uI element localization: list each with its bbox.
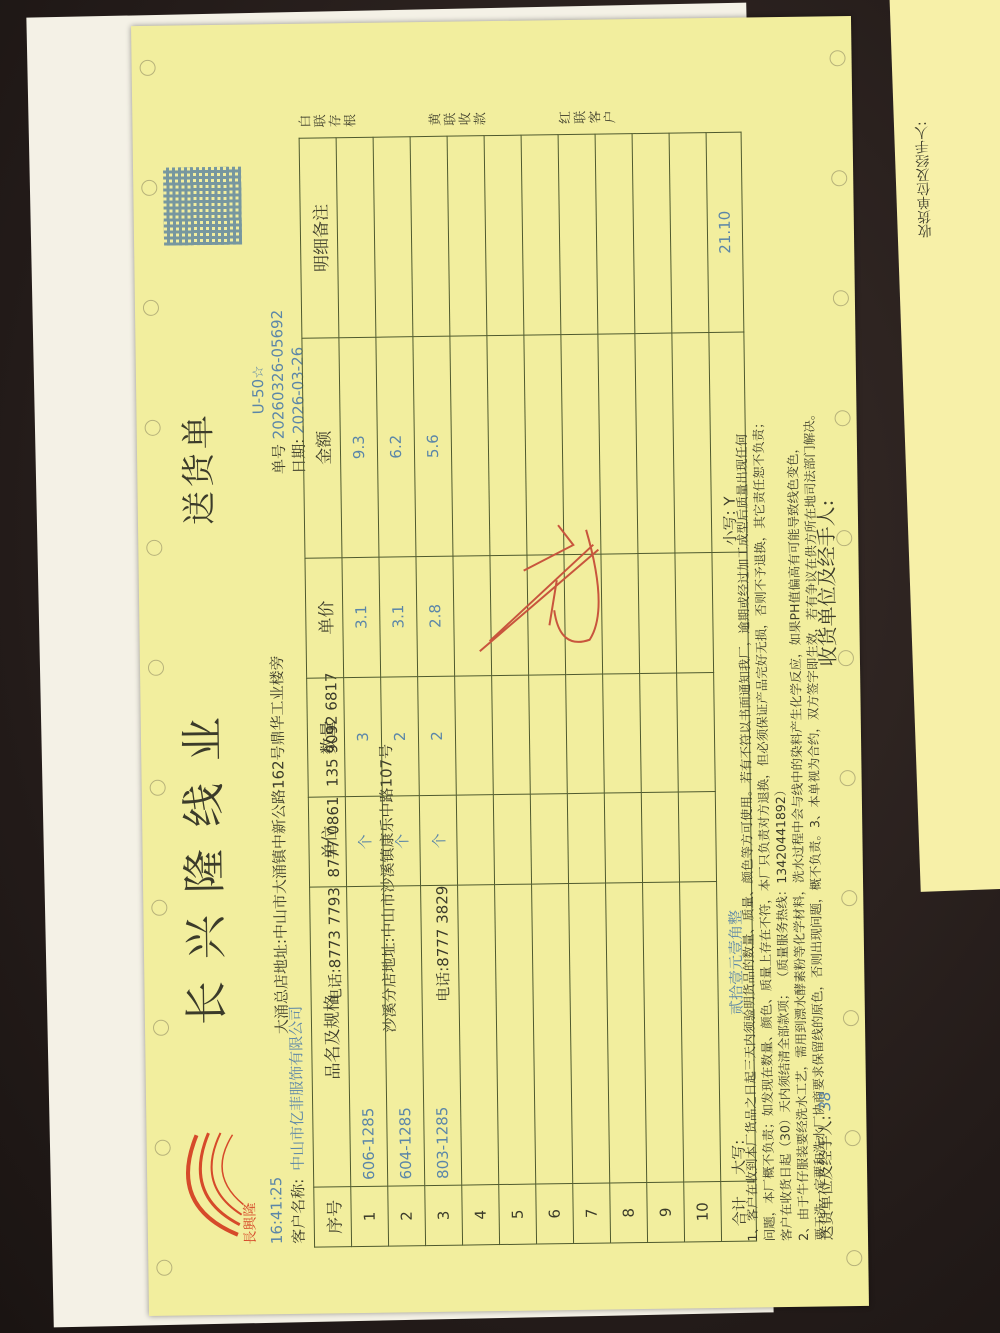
copy-yellow: 黄联收款 <box>428 103 488 126</box>
col-no: 序号 <box>314 1187 352 1247</box>
row-qty: 3 <box>344 677 383 797</box>
row-qty: 2 <box>418 676 457 796</box>
row-unit: 个 <box>419 796 457 886</box>
company-logo-icon <box>176 1125 248 1246</box>
row-amount: 5.6 <box>413 336 453 556</box>
row-note <box>373 137 413 337</box>
row-amount: 6.2 <box>376 337 416 557</box>
items-table: 序号 品名及规格 单位 数量 单价 金额 明细备注 1606-1285个33.1… <box>299 132 757 1248</box>
row-price: 3.1 <box>379 556 418 676</box>
row-no: 2 <box>388 1186 426 1246</box>
row-item: 606-1285 <box>347 887 388 1187</box>
brand-logo-text: 長興隆 <box>239 1202 260 1244</box>
qr-code-icon <box>163 167 242 246</box>
row-no: 9 <box>647 1182 685 1242</box>
row-no: 4 <box>462 1185 500 1245</box>
row-price: 2.8 <box>416 556 455 676</box>
row-no: 7 <box>573 1183 611 1243</box>
col-item: 品名及规格 <box>310 887 351 1187</box>
print-time: 16:41:25 <box>267 1177 286 1245</box>
row-unit: 个 <box>382 796 420 886</box>
col-qty: 数量 <box>307 677 346 797</box>
handwritten-signature <box>467 469 610 671</box>
order-no-label: 单号 <box>270 444 288 474</box>
customer-label: 客户名称: <box>289 1179 308 1244</box>
customer-name: 中山市亿菲服饰有限公司 <box>287 1006 307 1171</box>
company-name: 长兴隆线业 <box>166 695 235 1026</box>
row-no: 10 <box>684 1182 722 1242</box>
row-item: 604-1285 <box>384 886 425 1186</box>
terms-and-conditions: 1、客户在收到本厂货品之日起三天内须验明货品的数量、质量、颜色等方可使用。若有不… <box>728 121 829 1242</box>
delivery-note: 長興隆 长兴隆线业 送货单 大涌总店地址:中山市大涌镇中新公路162号鼎华工业楼… <box>131 16 869 1316</box>
form-code: U-50☆ <box>247 310 269 475</box>
row-qty: 2 <box>381 676 420 796</box>
copy-white: 白联存根 <box>298 105 358 128</box>
row-no: 3 <box>425 1185 463 1245</box>
order-no: 20260326-05692 <box>268 310 288 440</box>
copy-labels: 白联存根 黄联收款 红联客户 <box>298 100 688 127</box>
receiver-label: 收货单位及经手人: <box>810 500 841 667</box>
order-meta: U-50☆ 单号 20260326-05692 日期: 2026-03-26 <box>247 309 309 474</box>
row-no: 8 <box>610 1183 648 1243</box>
row-no: 5 <box>499 1184 537 1244</box>
row-amount: 9.3 <box>339 337 379 557</box>
row-note <box>336 137 376 337</box>
col-note: 明细备注 <box>299 138 339 338</box>
row-item: 803-1285 <box>421 885 462 1185</box>
row-note <box>410 136 450 336</box>
sender-handwriting: 38 <box>816 1091 834 1110</box>
col-amount: 金额 <box>302 338 342 558</box>
sender-label: 送货单位及经手人: <box>816 1115 836 1240</box>
row-no: 1 <box>351 1186 389 1246</box>
hq-address: 中山市大涌镇中新公路162号鼎华工业楼旁 <box>268 655 290 939</box>
row-no: 6 <box>536 1184 574 1244</box>
sender-signature-line: 送货单位及经手人: 38 <box>814 1091 837 1240</box>
col-unit: 单位 <box>308 797 346 887</box>
row-price: 3.1 <box>342 557 381 677</box>
document-type: 送货单 <box>170 411 221 526</box>
customer-line: 客户名称:中山市亿菲服饰有限公司 <box>285 1006 309 1244</box>
row-unit: 个 <box>345 797 383 887</box>
adjacent-receiver-label: 收货单位及经手人: <box>912 121 936 238</box>
col-price: 单价 <box>305 557 344 677</box>
copy-red: 红联客户 <box>558 101 618 124</box>
